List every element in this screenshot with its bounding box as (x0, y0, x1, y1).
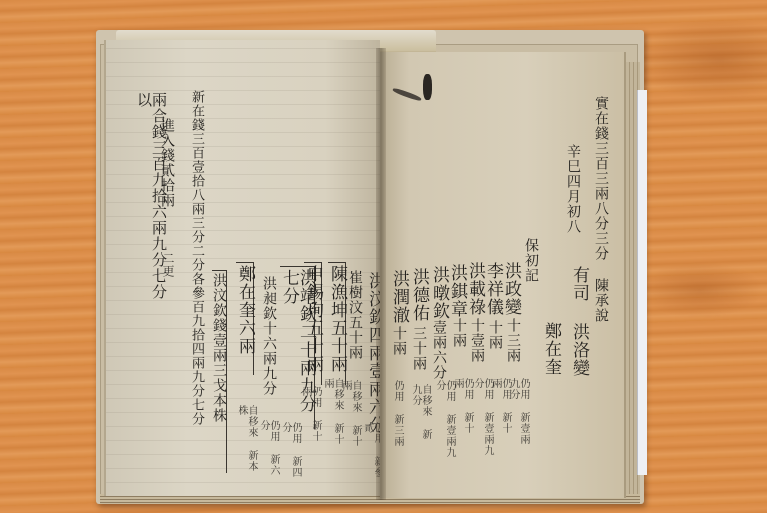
left-note: 自移來 新本株 (236, 405, 256, 475)
entry-name: 洪潤澈 (390, 270, 407, 330)
left-entry: 洪昶欽十六兩九分 (262, 276, 276, 416)
left-note: 仍用 新六分 (258, 420, 278, 480)
entry-note: 自移來 新九分 (410, 384, 430, 444)
book-gutter (376, 48, 386, 500)
entry-name: 洪錤章 (448, 264, 465, 324)
entry-amount: 十壹兩 (470, 318, 484, 368)
left-note: 自移來 新十兩 (340, 380, 360, 450)
entry-note: 仍用 新十兩 (490, 378, 510, 438)
right-header-balance: 實在錢三百三兩八分三分 陳承說 (594, 96, 608, 346)
left-col-income: 進入錢貳拾兩 (160, 118, 174, 228)
left-note: 仍用 新十兩 (300, 386, 320, 446)
left-entry: 陳漁坤五十兩 (328, 262, 346, 385)
left-note: 仍用 新四分 (280, 422, 300, 482)
entry-name: 洪暾欽 (430, 266, 447, 326)
entry-amount: 三十兩 (412, 326, 426, 376)
entry-name: 洪德佑 (410, 268, 427, 328)
entry-amount: 十三兩 (506, 318, 520, 366)
paper-slip (637, 90, 647, 475)
photo-scene: 兩合錢三百九拾六兩九分七分以 進入錢貳拾兩 二更 新在錢三百壹拾八兩三分二分各參… (0, 0, 767, 513)
left-entry: 洪汶欽錢壹兩三戈本株 (212, 270, 227, 473)
entry-note: 仍用 新壹兩九分 (508, 378, 528, 448)
entry-amount: 十兩 (452, 318, 466, 358)
right-header-officer-2: 鄭在奎 (542, 322, 559, 392)
entry-note: 仍用 新三兩 (392, 380, 402, 450)
right-header-date: 辛巳四月初八 (566, 144, 580, 284)
entry-name: 李祥儀 (484, 262, 501, 322)
right-header-officer: 有司 洪洛變 (570, 266, 587, 396)
section-title: 保初記 (524, 238, 538, 298)
left-col-note: 二更 (162, 252, 174, 282)
left-entry: 崔樹汶五十兩 (348, 270, 362, 380)
left-entry: 鄭在奎六兩 (236, 262, 254, 375)
left-entry: 申錫珣五十兩 (304, 262, 322, 385)
left-note: 自移來 新十兩 (322, 378, 342, 448)
entry-note: 仍用 新壹兩九分 (472, 378, 492, 458)
entry-note: 仍用 新壹兩九分 (434, 380, 454, 460)
left-col-balance: 新在錢三百壹拾八兩三分二分各參百九拾四兩九分七分 (190, 90, 203, 450)
entry-note: 仍用 新十兩 (452, 378, 472, 438)
entry-amount: 十兩 (488, 320, 502, 360)
entry-amount: 十兩 (392, 326, 406, 366)
ink-stain (423, 74, 432, 100)
entry-name: 洪載祿 (466, 262, 483, 322)
